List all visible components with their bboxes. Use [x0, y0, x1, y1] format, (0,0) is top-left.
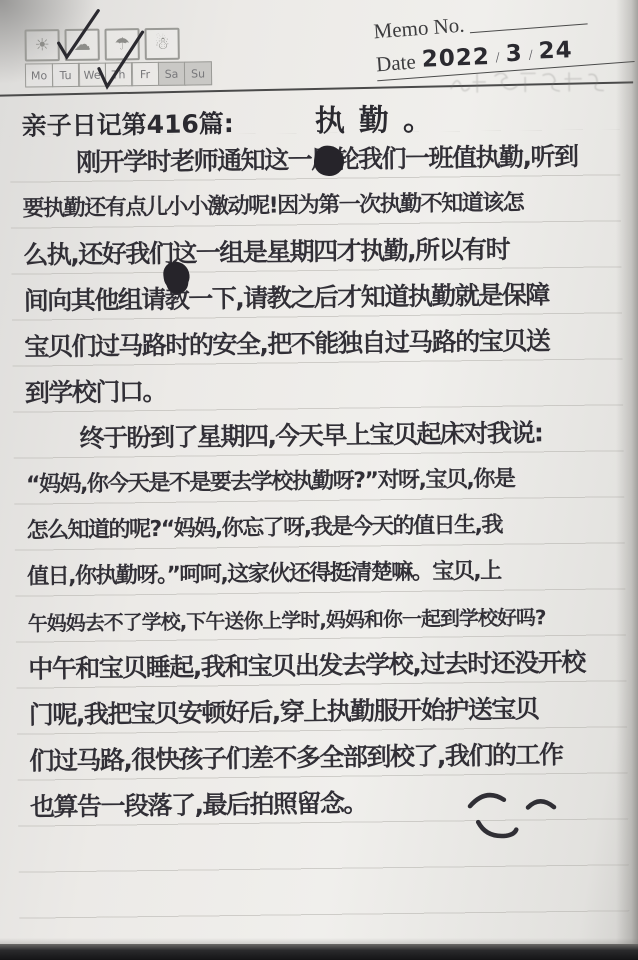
- pencil-strokes: [451, 72, 603, 92]
- memo-page: ☀ ☁ ☂ ☃ Mo Tu We Th Fr Sa Su: [0, 0, 638, 960]
- date-separator: /: [528, 48, 533, 65]
- weekday-we: We: [78, 63, 106, 87]
- weekday-label: Su: [191, 67, 205, 80]
- page-right-edge-shadow: [616, 0, 638, 960]
- weekday-sa: Sa: [157, 62, 185, 86]
- body-line: 值日,你执勤呀。”呵呵,这家伙还得挺清楚嘛。宝贝,上: [27, 548, 624, 601]
- body-line: 门呢,我把宝贝安顿好后,穿上执勤服开始护送宝贝: [29, 686, 626, 739]
- diary-body: 刚开学时老师通知这一周轮我们一班值执勤,听到 要执勤还有点儿小小激动呢!因为第一…: [22, 134, 626, 831]
- sun-icon: ☀: [24, 29, 59, 61]
- weekday-label: Th: [112, 68, 126, 81]
- smiley-doodle: [452, 779, 593, 861]
- weekday-su: Su: [184, 61, 212, 85]
- paper-sheet: ☀ ☁ ☂ ☃ Mo Tu We Th Fr Sa Su: [0, 0, 638, 960]
- date-day-handwritten: 24: [538, 37, 573, 64]
- body-line: 到学校门口。: [25, 364, 622, 417]
- date-month-handwritten: 3: [505, 41, 523, 68]
- body-line: 终于盼到了星期四,今天早上宝贝起床对我说:: [25, 410, 622, 463]
- body-line: 中午和宝贝睡起,我和宝贝出发去学校,过去时还没开校: [28, 640, 625, 693]
- body-line: 间向其他组请教一下,请教之后才知道执勤就是保障: [24, 272, 621, 325]
- weekday-tu: Tu: [51, 63, 79, 87]
- date-separator: /: [495, 50, 500, 67]
- weekday-mo: Mo: [25, 63, 53, 87]
- body-line: 么执,还好我们这一组是星期四才执勤,所以有时: [23, 226, 620, 279]
- weekday-label: Fr: [140, 68, 150, 81]
- date-label: Date: [375, 49, 416, 77]
- weekday-fr: Fr: [131, 62, 159, 86]
- body-line: “妈妈,你今天是不是要去学校执勤呀?”对呀,宝贝,你是: [26, 456, 623, 509]
- doodle-smile: [478, 822, 516, 837]
- weekday-label: Mo: [31, 69, 47, 82]
- entry-heading: 执勤。: [315, 102, 447, 139]
- memo-no-blank: [470, 23, 588, 33]
- rain-icon: ☂: [104, 28, 139, 60]
- doodle-right-brow: [528, 801, 554, 807]
- weekday-row: Mo Tu We Th Fr Sa Su: [25, 61, 211, 87]
- weekday-label: We: [83, 68, 100, 81]
- weekday-th: Th: [104, 62, 132, 86]
- diary-series-title: 亲子日记第416篇:: [21, 109, 234, 141]
- body-line: 要执勤还有点儿小小激动呢!因为第一次执勤不知道该怎: [22, 180, 619, 233]
- rain-glyph: ☂: [114, 34, 129, 54]
- sun-glyph: ☀: [34, 35, 49, 55]
- cloud-icon: ☁: [64, 29, 99, 61]
- snow-glyph: ☃: [154, 34, 169, 54]
- snow-icon: ☃: [144, 28, 179, 60]
- memo-no-label: Memo No.: [373, 13, 466, 44]
- body-line: 怎么知道的呢?“妈妈,你忘了呀,我是今天的值日生,我: [26, 502, 623, 555]
- doodle-left-brow: [470, 795, 504, 806]
- notebook-edge-band: [0, 944, 638, 960]
- body-line: 宝贝们过马路时的安全,把不能独自过马路的宝贝送: [24, 318, 621, 371]
- cloud-glyph: ☁: [74, 35, 91, 55]
- body-line: 午妈妈去不了学校,下午送你上学时,妈妈和你一起到学校好吗?: [27, 594, 624, 647]
- weekday-label: Sa: [165, 67, 179, 80]
- weather-icon-row: ☀ ☁ ☂ ☃: [24, 28, 179, 62]
- weekday-label: Tu: [59, 68, 71, 81]
- body-line: 们过马路,很快孩子们差不多全部到校了,我们的工作: [29, 732, 626, 785]
